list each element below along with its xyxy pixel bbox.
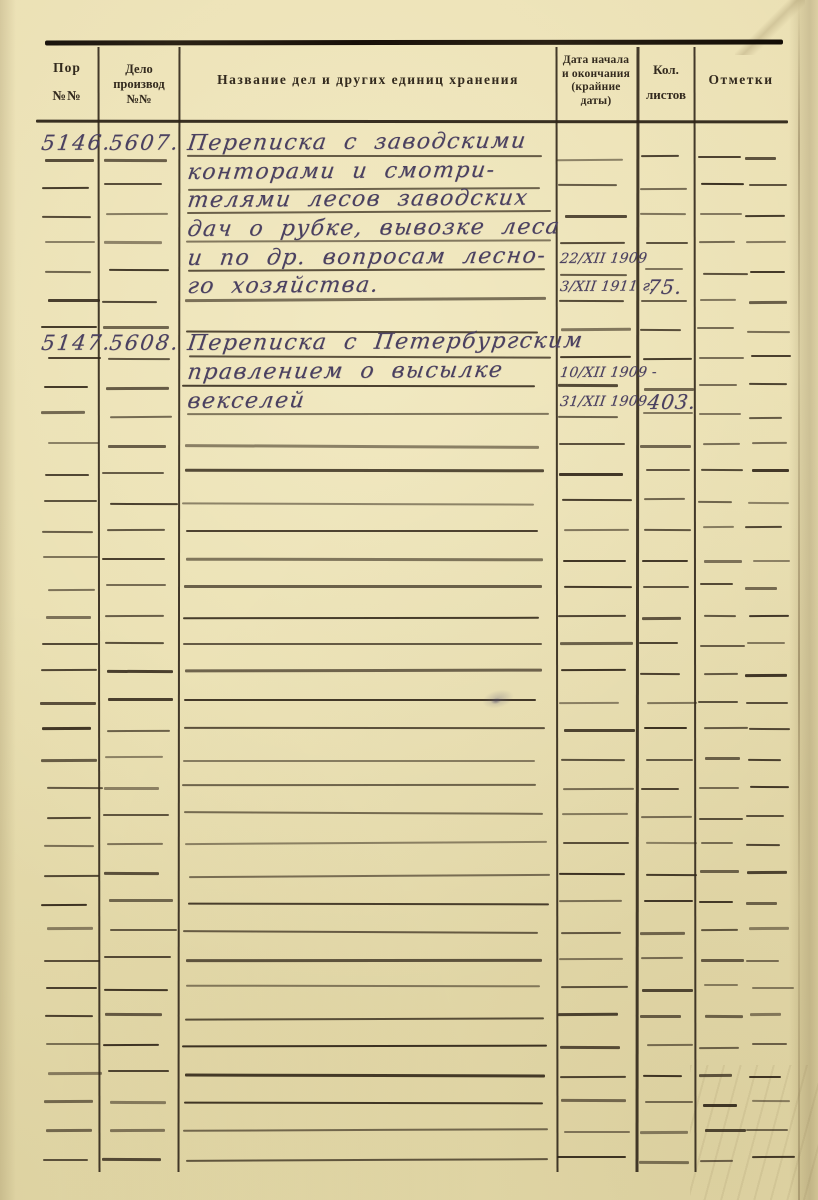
row-rule-dash (746, 844, 780, 846)
entry-delo-number: 5607. (108, 131, 181, 155)
row-rule-dash (749, 927, 789, 930)
row-rule-dash (108, 358, 170, 360)
row-rule-dash (704, 984, 738, 986)
row-rule-dash (700, 869, 739, 872)
row-rule-dash (646, 759, 693, 761)
row-rule-dash (558, 615, 626, 617)
row-rule-dash (104, 872, 159, 875)
entry-sheet-count: 75. (646, 275, 684, 299)
row-rule-dash (745, 702, 787, 704)
row-rule-dash (563, 842, 629, 844)
header-text-line: Дело (102, 62, 176, 77)
row-rule-dash (640, 932, 685, 935)
row-rule-dash (107, 670, 173, 673)
row-rule-dash (560, 1075, 626, 1077)
row-rule-dash (186, 1158, 548, 1162)
row-rule-dash (750, 786, 789, 788)
row-rule-dash (644, 498, 685, 500)
row-rule-dash (46, 1129, 92, 1132)
row-rule-dash (185, 1017, 544, 1020)
row-rule-dash (560, 242, 625, 244)
row-rule-dash (102, 472, 164, 474)
column-header-sheet-count: Кол. листов (639, 62, 693, 102)
row-rule-dash (189, 874, 550, 878)
row-rule-dash (558, 184, 617, 186)
row-rule-dash (746, 815, 784, 817)
row-rule-dash (564, 529, 629, 531)
entry-por-number: 5147. (40, 331, 113, 355)
table-vertical-line (694, 47, 697, 1172)
row-rule-dash (643, 586, 689, 588)
row-rule-dash (182, 502, 534, 505)
row-rule-dash (703, 273, 748, 275)
row-rule-dash (108, 269, 168, 271)
row-rule-dash (704, 560, 742, 563)
entry-date-line: 10/XII 1909 - (559, 364, 658, 381)
entry-date-line: 22/XII 1909 (559, 250, 648, 267)
row-rule-dash (700, 583, 733, 585)
entry-title-line: и по др. вопросам лесно- (186, 243, 548, 271)
row-rule-dash (104, 183, 162, 185)
table-vertical-line (98, 47, 101, 1172)
row-rule-dash (642, 989, 693, 992)
row-rule-dash (752, 1043, 787, 1045)
row-rule-dash (700, 213, 742, 215)
table-vertical-line (636, 47, 640, 1172)
row-rule-dash (699, 818, 743, 820)
row-rule-dash (643, 357, 692, 359)
row-rule-dash (646, 1043, 692, 1045)
row-rule-dash (640, 1015, 681, 1018)
row-rule-dash (745, 587, 777, 590)
row-rule-dash (108, 1070, 169, 1072)
row-rule-dash (641, 300, 687, 302)
row-rule-dash (699, 413, 741, 415)
row-rule-dash (184, 585, 542, 588)
row-rule-dash (105, 756, 163, 758)
row-rule-dash (558, 473, 622, 476)
header-text-line: Пор (38, 60, 96, 76)
row-rule-dash (107, 842, 163, 844)
row-rule-dash (104, 241, 162, 244)
page-left-edge-shading (0, 0, 16, 1200)
row-rule-dash (700, 959, 743, 962)
row-rule-dash (102, 1158, 161, 1161)
row-rule-dash (698, 701, 738, 703)
row-rule-dash (564, 729, 635, 732)
row-rule-dash (701, 842, 733, 844)
row-rule-dash (561, 813, 627, 815)
header-separator-line (36, 120, 788, 124)
row-rule-dash (107, 729, 170, 731)
column-header-notes: Отметки (697, 72, 785, 88)
row-rule-dash (102, 558, 165, 560)
row-rule-dash (560, 641, 633, 644)
row-rule-dash (102, 300, 157, 302)
header-text-line: (крайние (557, 81, 635, 95)
row-rule-dash (701, 928, 738, 930)
row-rule-dash (746, 241, 786, 243)
header-text-line: даты) (557, 95, 635, 109)
row-rule-dash (105, 642, 164, 644)
row-rule-dash (700, 298, 736, 300)
row-rule-dash (749, 300, 787, 303)
row-rule-dash (752, 468, 789, 471)
row-rule-dash (641, 816, 692, 818)
row-rule-dash (565, 215, 627, 218)
entry-por-number: 5146. (40, 131, 113, 155)
row-rule-dash (562, 499, 632, 501)
row-rule-dash (647, 702, 697, 704)
header-text-line: Название дел и других единиц хранения (188, 72, 548, 88)
row-rule-dash (105, 212, 167, 214)
row-rule-dash (184, 726, 545, 728)
row-rule-dash (750, 1013, 781, 1016)
header-text-line: листов (639, 87, 693, 102)
row-rule-dash (640, 188, 687, 190)
row-rule-dash (564, 586, 632, 588)
column-header-dates: Дата начала и окончания (крайние даты) (557, 54, 635, 108)
top-right-corner-crease (735, 0, 805, 55)
row-rule-dash (745, 902, 776, 905)
row-rule-dash (699, 241, 735, 243)
row-rule-dash (104, 989, 168, 991)
row-rule-dash (642, 560, 688, 562)
row-rule-dash (43, 1159, 88, 1161)
row-rule-dash (47, 357, 100, 359)
table-top-border (45, 39, 783, 45)
row-rule-dash (185, 1073, 545, 1077)
row-rule-dash (43, 556, 98, 558)
row-rule-dash (559, 958, 623, 960)
row-rule-dash (701, 469, 743, 471)
row-rule-dash (48, 1072, 102, 1075)
row-rule-dash (41, 411, 85, 414)
row-rule-dash (183, 617, 539, 619)
row-rule-dash (753, 560, 790, 562)
row-rule-dash (640, 213, 686, 215)
row-rule-dash (42, 727, 91, 730)
row-rule-dash (561, 932, 621, 934)
row-rule-dash (703, 1104, 737, 1107)
row-rule-dash (41, 326, 97, 328)
column-header-por: Пор №№ (38, 60, 96, 104)
row-rule-dash (184, 811, 543, 815)
header-text-line: №№ (38, 88, 96, 104)
row-rule-dash (645, 1101, 693, 1103)
entry-delo-number: 5608. (108, 331, 181, 355)
row-rule-dash (646, 469, 690, 471)
row-rule-dash (563, 560, 626, 562)
row-rule-dash (699, 357, 744, 359)
row-rule-dash (104, 956, 171, 958)
row-rule-dash (643, 1075, 682, 1077)
row-rule-dash (45, 271, 91, 273)
scanned-page: Пор №№ Дело производ №№ Название дел и д… (0, 0, 818, 1200)
row-rule-dash (46, 616, 91, 619)
row-rule-dash (559, 702, 619, 704)
entry-title-line: Переписка с заводскими (186, 129, 528, 156)
entry-title-line: телями лесов заводских (186, 186, 530, 213)
row-rule-dash (640, 673, 680, 675)
entry-title-line: правлением о высылке (186, 358, 505, 385)
row-rule-dash (699, 787, 739, 789)
row-rule-dash (103, 326, 169, 329)
row-rule-dash (558, 1012, 618, 1015)
row-rule-dash (182, 385, 535, 387)
row-rule-dash (745, 157, 776, 160)
entry-title-line: дач о рубке, вывозке леса (186, 214, 562, 242)
row-rule-dash (110, 416, 172, 418)
row-rule-dash (701, 183, 744, 185)
row-rule-dash (44, 845, 94, 847)
row-rule-dash (749, 728, 790, 730)
row-rule-dash (42, 531, 93, 533)
row-rule-dash (752, 442, 787, 444)
row-rule-dash (705, 1129, 746, 1132)
row-rule-dash (105, 387, 168, 390)
row-rule-dash (186, 985, 540, 988)
row-rule-dash (560, 1046, 620, 1049)
row-rule-dash (48, 441, 99, 443)
row-rule-dash (645, 268, 683, 270)
header-text-line: Дата начала (557, 54, 635, 68)
row-rule-dash (48, 589, 95, 591)
row-rule-dash (45, 240, 95, 242)
row-rule-dash (103, 1044, 159, 1046)
row-rule-dash (558, 416, 618, 418)
row-rule-dash (47, 787, 103, 789)
row-rule-dash (752, 987, 794, 989)
row-rule-dash (698, 156, 741, 158)
row-rule-dash (746, 1129, 788, 1131)
row-rule-dash (185, 444, 539, 449)
row-rule-dash (183, 930, 538, 934)
row-rule-dash (186, 959, 542, 962)
row-rule-dash (560, 274, 627, 276)
row-rule-dash (704, 673, 738, 675)
row-rule-dash (107, 698, 172, 701)
row-rule-dash (564, 1131, 630, 1133)
header-text-line: Кол. (639, 62, 693, 77)
row-rule-dash (646, 242, 688, 244)
entry-date-line: 3/XII 1911 г. (559, 278, 656, 295)
row-rule-dash (642, 617, 681, 620)
row-rule-dash (699, 1074, 732, 1077)
row-rule-dash (182, 784, 536, 786)
row-rule-dash (646, 842, 697, 844)
row-rule-dash (563, 788, 634, 790)
row-rule-dash (40, 759, 96, 762)
row-rule-dash (46, 987, 97, 989)
row-rule-dash (42, 186, 89, 188)
row-rule-dash (559, 900, 622, 902)
row-rule-dash (639, 1161, 689, 1164)
row-rule-dash (42, 642, 98, 644)
row-rule-dash (45, 159, 94, 162)
row-rule-dash (640, 1131, 688, 1134)
row-rule-dash (185, 468, 544, 472)
row-rule-dash (703, 526, 734, 528)
row-rule-dash (639, 642, 678, 644)
row-rule-dash (747, 331, 790, 333)
row-rule-dash (44, 1100, 93, 1103)
row-rule-dash (43, 960, 99, 962)
row-rule-dash (110, 1101, 166, 1104)
row-rule-dash (703, 443, 740, 445)
row-rule-dash (644, 529, 691, 531)
row-rule-dash (751, 355, 791, 357)
row-rule-dash (640, 445, 691, 448)
row-rule-dash (749, 615, 789, 617)
row-rule-dash (745, 526, 782, 528)
row-rule-dash (641, 788, 679, 790)
row-rule-dash (188, 902, 549, 905)
bottom-right-wrinkles (690, 1065, 818, 1200)
row-rule-dash (108, 445, 166, 448)
row-rule-dash (559, 443, 625, 445)
row-rule-dash (748, 501, 789, 503)
row-rule-dash (641, 154, 679, 156)
row-rule-dash (557, 1156, 626, 1158)
row-rule-dash (183, 643, 542, 645)
row-rule-dash (103, 814, 169, 816)
entry-sheet-count: 403. (646, 389, 698, 413)
row-rule-dash (561, 669, 626, 671)
row-rule-dash (47, 299, 99, 302)
column-header-title: Название дел и других единиц хранения (188, 72, 548, 88)
row-rule-dash (104, 787, 159, 790)
row-rule-dash (704, 727, 748, 729)
entry-date-line: 31/XII 1909 (559, 393, 648, 410)
row-rule-dash (109, 899, 173, 902)
row-rule-dash (561, 759, 625, 761)
row-rule-dash (110, 503, 178, 505)
row-rule-dash (185, 669, 542, 673)
column-header-delo: Дело производ №№ (102, 62, 176, 107)
row-rule-dash (698, 501, 732, 503)
row-rule-dash (41, 903, 87, 905)
row-rule-dash (40, 701, 96, 704)
row-rule-dash (560, 356, 631, 358)
row-rule-dash (752, 1156, 795, 1158)
entry-title-line: конторами и смотри- (186, 157, 497, 184)
row-rule-dash (44, 875, 99, 877)
row-rule-dash (104, 1013, 161, 1016)
row-rule-dash (184, 1102, 543, 1105)
row-rule-dash (557, 158, 623, 160)
row-rule-dash (644, 727, 687, 729)
row-rule-dash (47, 927, 93, 930)
row-rule-dash (645, 874, 696, 876)
entry-title-line: Переписка с Петербургским (186, 329, 585, 357)
row-rule-dash (745, 674, 787, 677)
row-rule-dash (559, 873, 625, 875)
row-rule-dash (747, 642, 785, 644)
row-rule-dash (561, 1098, 626, 1101)
row-rule-dash (643, 900, 692, 902)
row-rule-dash (749, 383, 787, 385)
row-rule-dash (559, 300, 624, 302)
page-right-edge-shading (789, 0, 818, 1200)
row-rule-dash (185, 841, 547, 845)
table-vertical-line (178, 47, 181, 1172)
row-rule-dash (746, 960, 779, 962)
row-rule-dash (183, 759, 535, 761)
row-rule-dash (749, 417, 782, 419)
row-rule-dash (705, 757, 740, 760)
row-rule-dash (700, 1159, 733, 1161)
row-rule-dash (45, 474, 89, 476)
row-rule-dash (46, 1043, 99, 1045)
row-rule-dash (752, 1100, 790, 1102)
row-rule-dash (750, 271, 785, 273)
row-rule-dash (44, 385, 88, 387)
entry-title-line: векселей (186, 388, 307, 414)
row-rule-dash (749, 1076, 781, 1078)
page-right-crease (798, 0, 800, 1200)
row-rule-dash (186, 530, 538, 532)
header-text-line: №№ (102, 92, 176, 107)
row-rule-dash (110, 1129, 165, 1132)
row-rule-dash (182, 1044, 547, 1047)
row-rule-dash (699, 384, 737, 386)
row-rule-dash (748, 759, 781, 761)
header-text-line: производ (102, 77, 176, 92)
row-rule-dash (745, 215, 785, 217)
row-rule-dash (698, 1046, 738, 1048)
row-rule-dash (698, 901, 732, 903)
header-text-line: Отметки (697, 72, 785, 88)
row-rule-dash (186, 558, 543, 562)
row-rule-dash (44, 500, 97, 502)
row-rule-dash (641, 957, 683, 959)
row-rule-dash (107, 528, 165, 530)
entry-title-line: го хозяйства. (186, 273, 381, 299)
row-rule-dash (42, 216, 91, 218)
row-rule-dash (697, 327, 734, 329)
row-rule-dash (561, 985, 628, 987)
row-rule-dash (183, 1128, 548, 1132)
row-rule-dash (45, 1015, 93, 1017)
row-rule-dash (109, 929, 176, 931)
row-rule-dash (41, 669, 97, 671)
row-rule-dash (104, 159, 167, 162)
row-rule-dash (639, 329, 680, 331)
row-rule-dash (47, 817, 91, 819)
row-rule-dash (558, 384, 618, 387)
row-rule-dash (700, 645, 745, 647)
row-rule-dash (105, 615, 164, 617)
row-rule-dash (705, 1015, 743, 1018)
row-rule-dash (704, 615, 736, 617)
header-text-line: и окончания (557, 68, 635, 82)
row-rule-dash (106, 584, 166, 586)
row-rule-dash (747, 870, 787, 873)
row-rule-dash (748, 184, 786, 186)
